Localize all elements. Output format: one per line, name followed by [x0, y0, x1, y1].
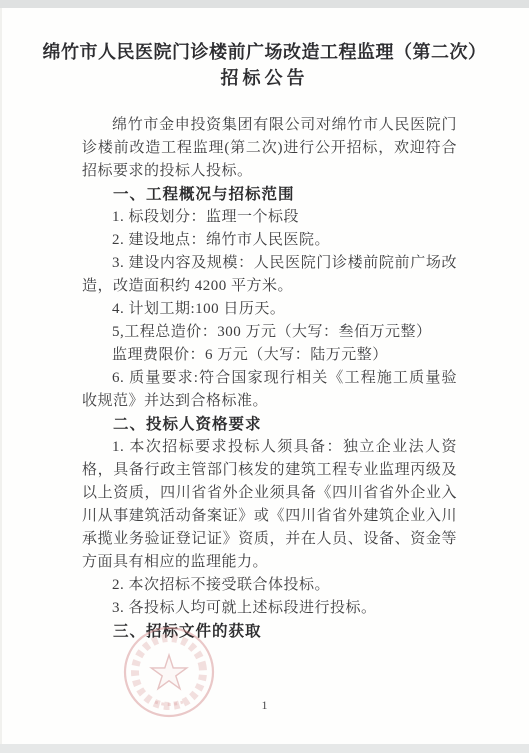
document-body: 绵竹市金申投资集团有限公司对绵竹市人民医院门诊楼前改造工程监理(第二次)进行公开…: [82, 114, 457, 643]
page-number: 1: [0, 698, 529, 713]
section-heading-1: 一、工程概况与招标范围: [82, 183, 457, 206]
section-heading-2: 二、投标人资格要求: [82, 413, 457, 436]
document-page: 绵竹市人民医院门诊楼前广场改造工程监理（第二次） 招标公告 绵竹市金申投资集团有…: [0, 8, 529, 744]
paragraph-quality: 6. 质量要求:符合国家现行相关《工程施工质量验收规范》并达到合格标准。: [82, 367, 457, 413]
scanned-document-viewport: 绵竹市人民医院门诊楼前广场改造工程监理（第二次） 招标公告 绵竹市金申投资集团有…: [0, 0, 529, 753]
paragraph-all-may-bid: 3. 各投标人均可就上述标段进行投标。: [82, 597, 457, 620]
paragraph-scope: 3. 建设内容及规模：人民医院门诊楼前院前广场改造，改造面积约 4200 平方米…: [82, 252, 457, 298]
document-title-line-1: 绵竹市人民医院门诊楼前广场改造工程监理（第二次）: [36, 39, 493, 65]
document-title-line-2: 招标公告: [36, 65, 493, 91]
paragraph-no-consortium: 2. 本次招标不接受联合体投标。: [82, 574, 457, 597]
paragraph-intro: 绵竹市金申投资集团有限公司对绵竹市人民医院门诊楼前改造工程监理(第二次)进行公开…: [82, 114, 457, 183]
star-icon: [151, 655, 187, 689]
paragraph-supervision-fee: 监理费限价：6 万元（大写：陆万元整）: [82, 344, 457, 367]
paragraph-qualification: 1. 本次招标要求投标人须具备：独立企业法人资格，具备行政主管部门核发的建筑工程…: [82, 436, 457, 574]
paragraph-bid-sections: 1. 标段划分：监理一个标段: [82, 206, 457, 229]
section-heading-3: 三、招标文件的获取: [82, 620, 457, 643]
paragraph-schedule: 4. 计划工期:100 日历天。: [82, 298, 457, 321]
scan-border-bottom: [0, 744, 529, 753]
scan-border-top: [0, 0, 529, 8]
document-title: 绵竹市人民医院门诊楼前广场改造工程监理（第二次） 招标公告: [36, 39, 493, 91]
paragraph-location: 2. 建设地点：绵竹市人民医院。: [82, 229, 457, 252]
paragraph-total-cost: 5,工程总造价：300 万元（大写：叁佰万元整）: [82, 321, 457, 344]
